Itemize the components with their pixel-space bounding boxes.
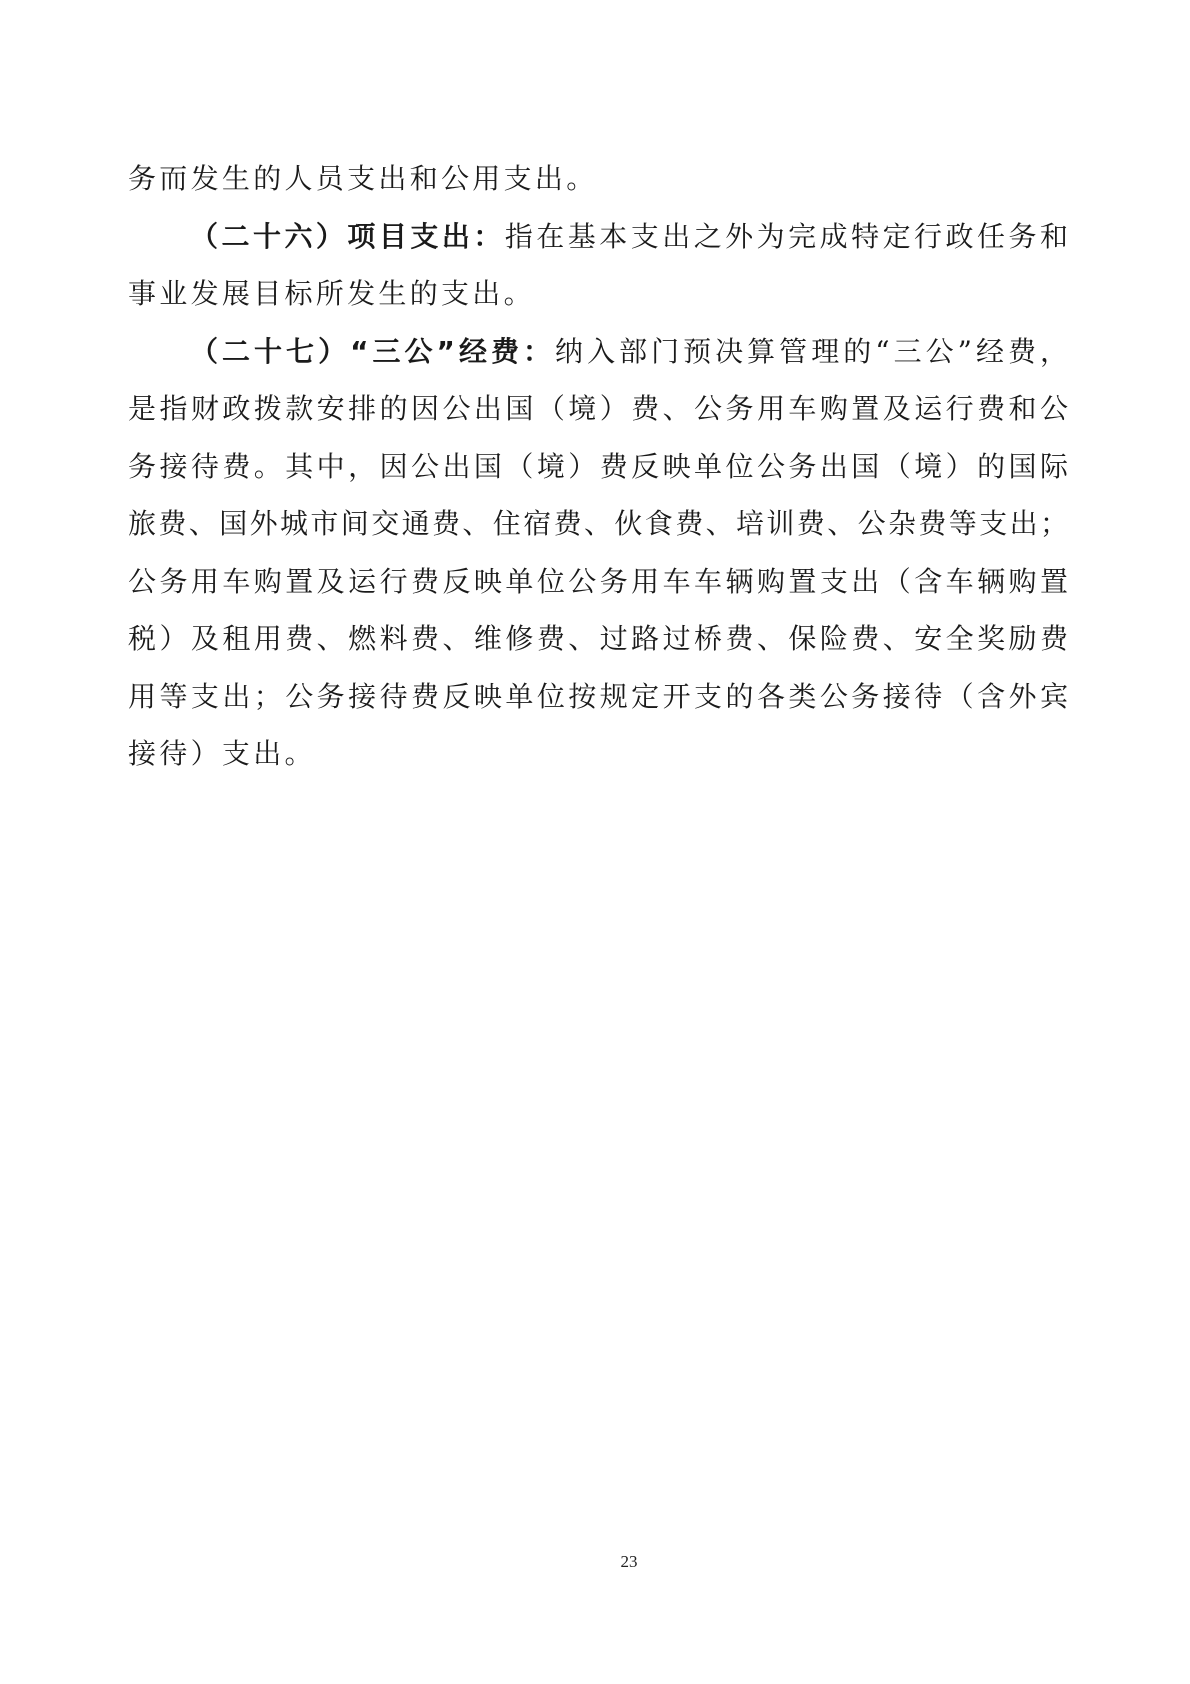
page-number: 23: [0, 1552, 1190, 1572]
term-definition: 指在基本支出之外为完成特定行政任务和: [505, 220, 1068, 253]
text-line: 事业发展目标所发生的支出。: [128, 265, 1068, 323]
paragraph-heading-line: （二十六）项目支出：指在基本支出之外为完成特定行政任务和: [128, 208, 1068, 266]
term-heading: （二十七）“三公”经费：: [190, 335, 555, 368]
text-line: 旅费、国外城市间交通费、住宿费、伙食费、培训费、公杂费等支出；: [128, 495, 1068, 553]
text-line: 税）及租用费、燃料费、维修费、过路过桥费、保险费、安全奖励费: [128, 610, 1068, 668]
text-line: 务接待费。其中，因公出国（境）费反映单位公务出国（境）的国际: [128, 438, 1068, 496]
paragraph-heading-line: （二十七）“三公”经费：纳入部门预决算管理的“三公”经费，: [128, 323, 1068, 381]
document-page: 务而发生的人员支出和公用支出。 （二十六）项目支出：指在基本支出之外为完成特定行…: [0, 0, 1190, 1684]
term-heading: （二十六）项目支出：: [190, 220, 505, 253]
text-line: 务而发生的人员支出和公用支出。: [128, 150, 1068, 208]
term-definition: 纳入部门预决算管理的“三公”经费，: [555, 335, 1068, 368]
text-line: 用等支出；公务接待费反映单位按规定开支的各类公务接待（含外宾: [128, 668, 1068, 726]
document-body: 务而发生的人员支出和公用支出。 （二十六）项目支出：指在基本支出之外为完成特定行…: [128, 150, 1068, 783]
text-line: 接待）支出。: [128, 725, 1068, 783]
text-line: 公务用车购置及运行费反映单位公务用车车辆购置支出（含车辆购置: [128, 553, 1068, 611]
text-line: 是指财政拨款安排的因公出国（境）费、公务用车购置及运行费和公: [128, 380, 1068, 438]
